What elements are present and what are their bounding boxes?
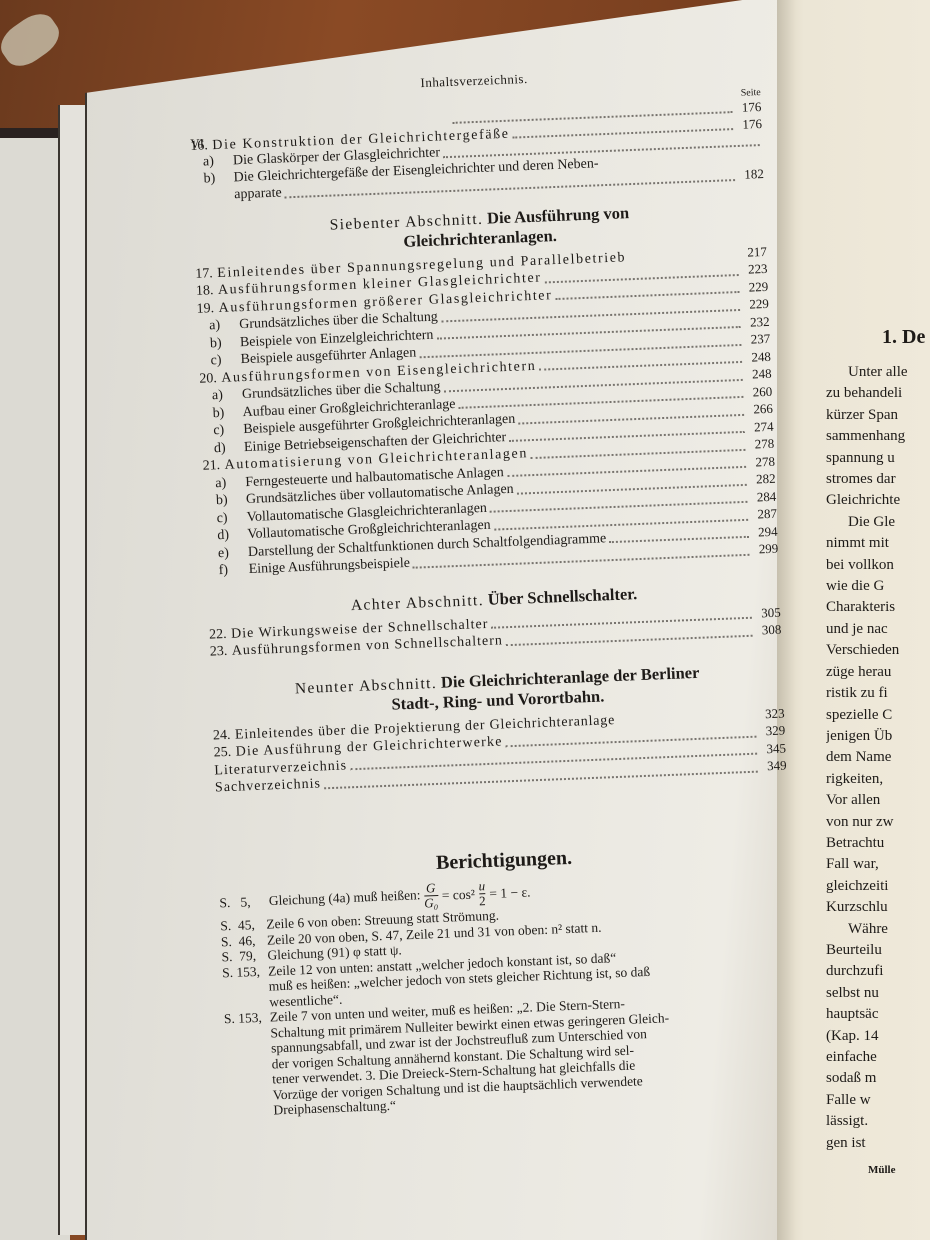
toc-page-number: 237 xyxy=(744,331,771,348)
body-line: züge herau xyxy=(826,662,930,683)
body-line: durchzufi xyxy=(826,961,930,982)
body-line: kürzer Span xyxy=(826,405,930,426)
body-line: bei vollkon xyxy=(826,555,930,576)
toc-page-number: 248 xyxy=(745,366,772,383)
toc-page-number: 278 xyxy=(749,453,776,470)
toc-page-number: 345 xyxy=(760,740,787,757)
body-line: und je nac xyxy=(826,619,930,640)
section-9-entries: 24.Einleitendes über die Projektierung d… xyxy=(213,705,787,797)
body-line: jenigen Üb xyxy=(826,726,930,747)
toc-page-number: 294 xyxy=(751,523,778,540)
body-line: Kurzschlu xyxy=(826,897,930,918)
body-line: Beurteilu xyxy=(826,940,930,961)
body-line: dem Name xyxy=(826,747,930,768)
toc-page-number: 282 xyxy=(749,471,776,488)
body-line: Betrachtu xyxy=(826,833,930,854)
body-line: Fall war, xyxy=(826,854,930,875)
toc-page-number: 176 xyxy=(736,116,763,133)
page-footer-author: Mülle xyxy=(868,1160,930,1181)
body-line: Verschieden xyxy=(826,640,930,661)
body-line: hauptsäc xyxy=(826,1004,930,1025)
body-line: wie die G xyxy=(826,576,930,597)
toc-page-number: 299 xyxy=(752,541,779,558)
toc-page-number: 329 xyxy=(759,723,786,740)
body-line: von nur zw xyxy=(826,812,930,833)
toc-page-number: 182 xyxy=(738,166,765,183)
toc-number: b) xyxy=(191,170,234,188)
toc-page-number: 287 xyxy=(751,506,778,523)
toc-page-number: 248 xyxy=(745,348,772,365)
body-line: Die Gle xyxy=(826,512,930,533)
equation: GG₀ = cos² u2 = 1 − ε. xyxy=(423,877,531,910)
toc-page-number: 266 xyxy=(747,401,774,418)
body-line: stromes dar xyxy=(826,469,930,490)
toc-page-number: 323 xyxy=(758,705,785,722)
body-line: sammenhang xyxy=(826,426,930,447)
body-line: Gleichrichte xyxy=(826,490,930,511)
right-page-chapter-heading: 1. De xyxy=(882,326,925,349)
body-line: lässigt. xyxy=(826,1111,930,1132)
toc-page-number: 223 xyxy=(741,261,768,278)
dot-leader xyxy=(413,554,749,569)
body-line: sodaß m xyxy=(826,1068,930,1089)
toc-number: a) xyxy=(191,153,234,171)
dot-leader xyxy=(506,634,753,645)
toc-page-number: 229 xyxy=(743,296,770,313)
toc-page-number: 176 xyxy=(735,99,762,116)
toc-page-number: 284 xyxy=(750,488,777,505)
wooden-table-background xyxy=(0,6,66,73)
body-line: ristik zu fi xyxy=(826,683,930,704)
toc-page-number: 308 xyxy=(755,622,782,639)
body-line: Charakteris xyxy=(826,597,930,618)
dot-leader xyxy=(324,770,758,789)
section-7-entries: 17.Einleitendes über Spannungsregelung u… xyxy=(195,243,779,580)
body-line: Falle w xyxy=(826,1090,930,1111)
body-line: Unter alle xyxy=(826,362,930,383)
toc-page-number: 217 xyxy=(741,243,768,260)
errata-list: S. 5, Gleichung (4a) muß heißen: GG₀ = c… xyxy=(219,867,799,1119)
page-number: VI xyxy=(190,135,204,152)
toc-page-number: 260 xyxy=(746,383,773,400)
toc-page-number: 305 xyxy=(754,604,781,621)
body-line: spannung u xyxy=(826,448,930,469)
body-line: nimmt mit xyxy=(826,533,930,554)
toc-page-number: 229 xyxy=(742,278,769,295)
toc-page-number: 274 xyxy=(747,418,774,435)
right-page-body: Unter alle zu behandeli kürzer Span samm… xyxy=(826,362,930,1181)
toc-page-number: 278 xyxy=(748,436,775,453)
toc-page-number: 349 xyxy=(760,758,787,775)
body-line: gleichzeiti xyxy=(826,876,930,897)
body-line: Währe xyxy=(826,919,930,940)
body-line: zu behandeli xyxy=(826,383,930,404)
body-line: rigkeiten, xyxy=(826,769,930,790)
toc-title: apparate xyxy=(234,185,282,203)
toc-page-number: 232 xyxy=(743,313,770,330)
body-line: spezielle C xyxy=(826,705,930,726)
table-of-contents-page: Inhaltsverzeichnis. Seite VI 176 16. Die… xyxy=(188,62,799,1120)
body-line: Vor allen xyxy=(826,790,930,811)
body-line: einfache xyxy=(826,1047,930,1068)
toc-title: Sachverzeichnis xyxy=(215,776,322,797)
body-line: (Kap. 14 xyxy=(826,1026,930,1047)
body-line: gen ist xyxy=(826,1133,930,1154)
body-line: selbst nu xyxy=(826,983,930,1004)
